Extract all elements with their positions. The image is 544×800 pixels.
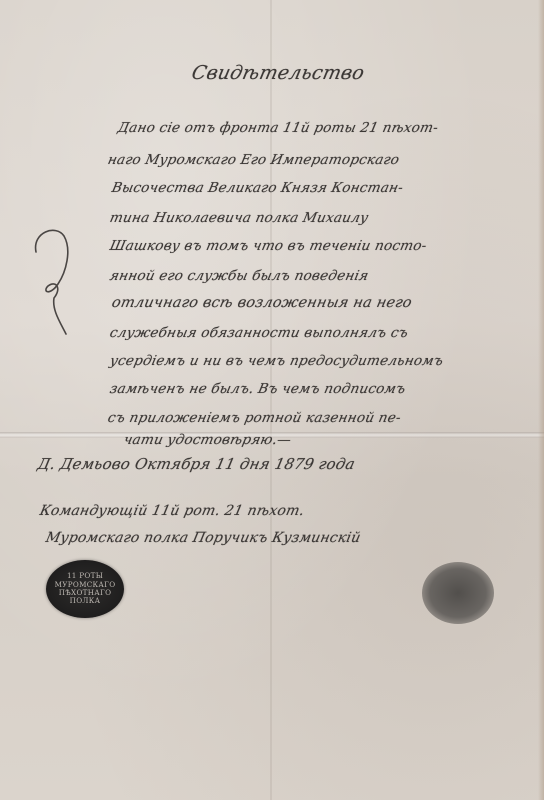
body-line-3: Высочества Великаго Князя Констан- xyxy=(110,180,404,196)
date-place-line: Д. Демьово Октября 11 дня 1879 года xyxy=(36,455,357,473)
body-line-10: замѣченъ не былъ. Въ чемъ подписомъ xyxy=(108,381,407,397)
smudged-seal-stamp xyxy=(422,562,494,624)
regiment-seal-stamp: 11 РОТЫ МУРОМСКАГО ПѢХОТНАГО ПОЛКА xyxy=(46,560,124,618)
body-line-7: отличнаго всѣ возложенныя на него xyxy=(110,295,413,311)
signature-line-1: Командующій 11й рот. 21 пѣхот. xyxy=(38,503,306,519)
body-line-9: усердіемъ и ни въ чемъ предосудительномъ xyxy=(108,353,444,369)
paper-edge xyxy=(538,0,544,800)
signature-line-2: Муромскаго полка Поручикъ Кузминскій xyxy=(44,530,362,546)
body-line-6: янной его службы былъ поведенія xyxy=(108,268,370,284)
body-line-8: служебныя обязанности выполнялъ съ xyxy=(108,325,409,341)
body-line-1: Дано сіе отъ фронта 11й роты 21 пѣхот- xyxy=(116,120,439,136)
body-line-12: чати удостовѣряю.— xyxy=(122,432,292,448)
seal-text-line-4: ПОЛКА xyxy=(70,597,101,605)
margin-loop-mark-icon xyxy=(28,222,78,340)
document-title: Свидѣтельство xyxy=(190,62,367,84)
body-line-5: Шашкову въ томъ что въ теченіи посто- xyxy=(108,238,428,254)
body-line-11: съ приложеніемъ ротной казенной пе- xyxy=(106,410,402,426)
body-line-4: тина Николаевича полка Михаилу xyxy=(108,210,370,226)
body-line-2: наго Муромскаго Его Императорскаго xyxy=(106,152,401,168)
